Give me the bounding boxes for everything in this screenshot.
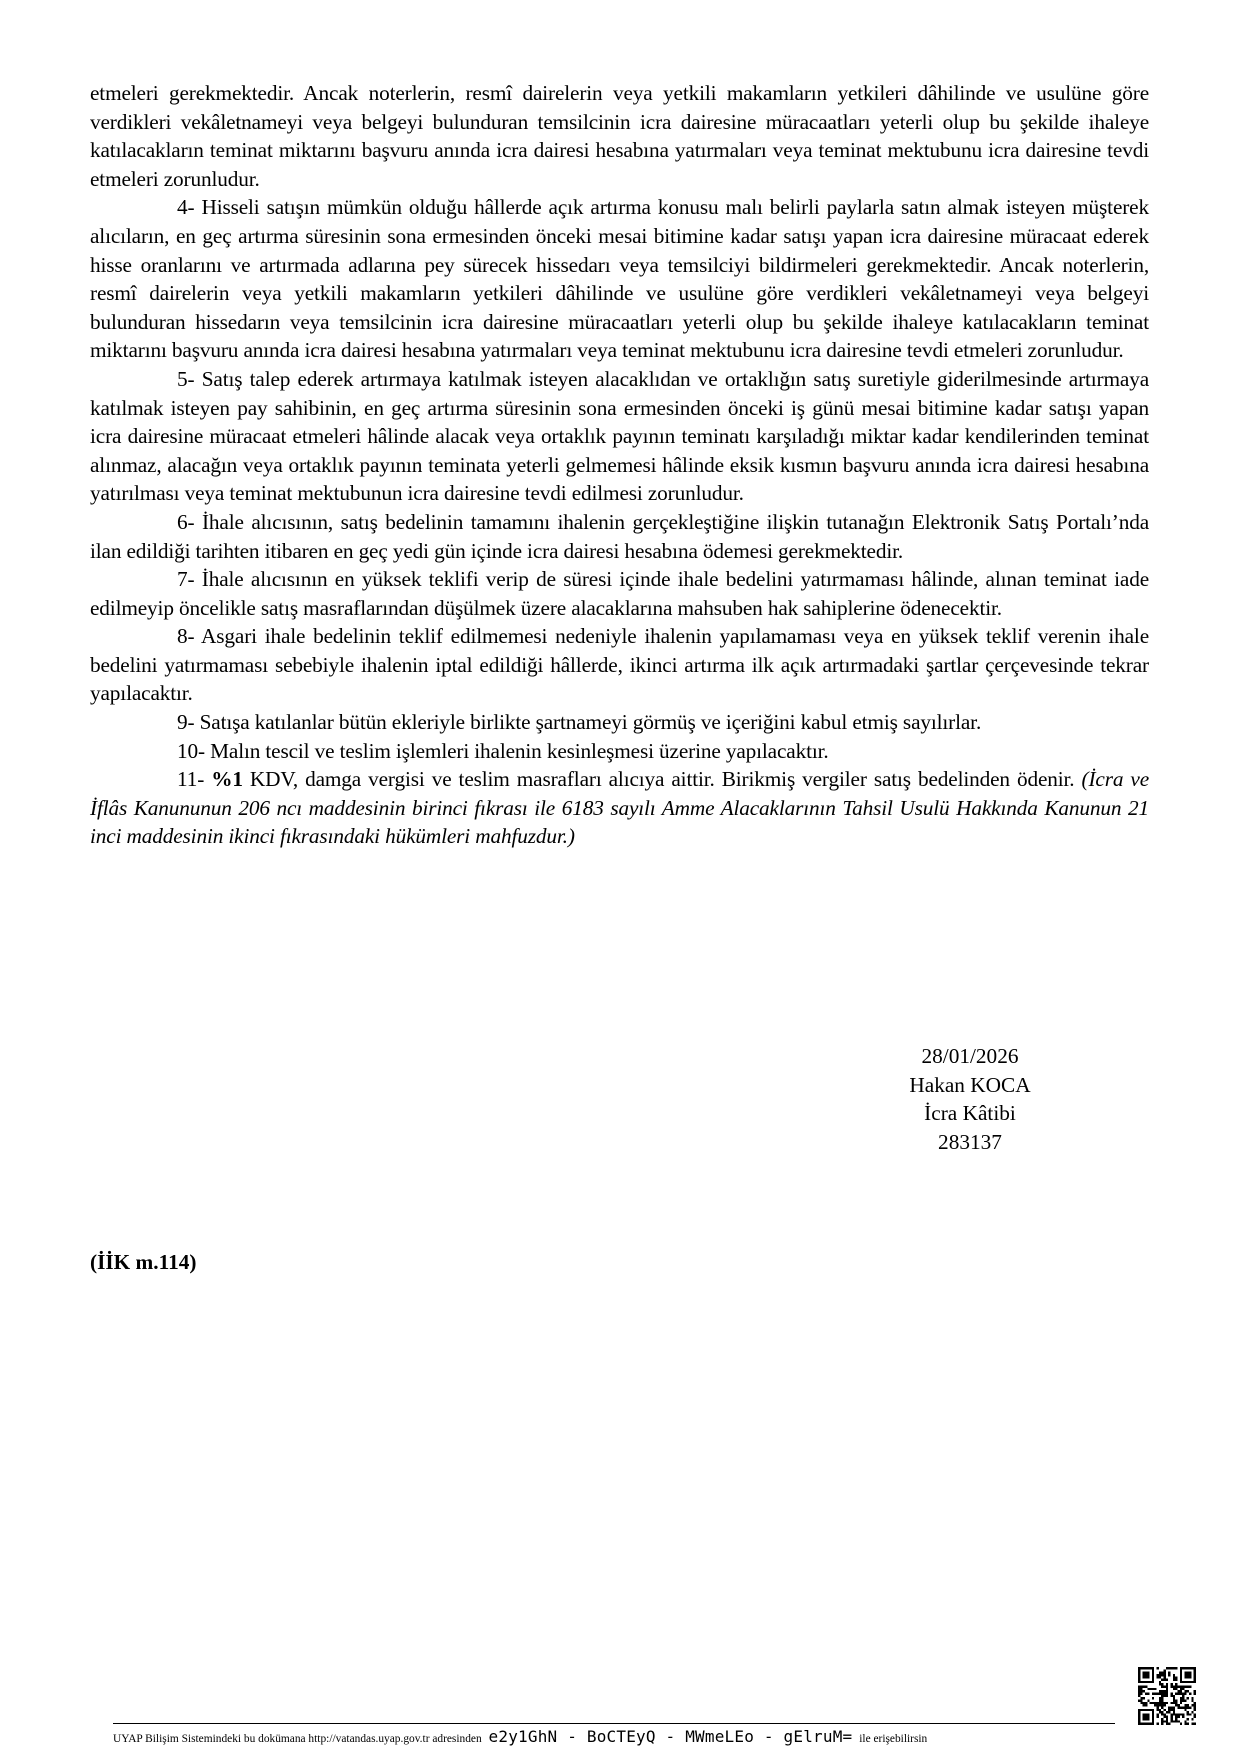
paragraph-p-9: 9- Satışa katılanlar bütün ekleriyle bir… [90, 708, 1149, 737]
signature-name: Hakan KOCA [870, 1071, 1070, 1100]
footer: UYAP Bilişim Sistemindeki bu dokümana ht… [113, 1727, 1143, 1749]
footer-divider [113, 1723, 1115, 1724]
paragraph-p-5: 5- Satış talep ederek artırmaya katılmak… [90, 365, 1149, 508]
document-body: etmeleri gerekmektedir. Ancak noterlerin… [90, 79, 1149, 851]
paragraph-p-8: 8- Asgari ihale bedelinin teklif edilmem… [90, 622, 1149, 708]
paragraph-p-4: 4- Hisseli satışın mümkün olduğu hâllerd… [90, 193, 1149, 365]
signature-title: İcra Kâtibi [870, 1099, 1070, 1128]
text-segment: 5- Satış talep ederek artırmaya katılmak… [90, 367, 1149, 505]
law-reference: (İİK m.114) [90, 1250, 196, 1275]
paragraph-p-10: 10- Malın tescil ve teslim işlemleri iha… [90, 737, 1149, 766]
paragraph-p-continuation: etmeleri gerekmektedir. Ancak noterlerin… [90, 79, 1149, 193]
signature-registry-number: 283137 [870, 1128, 1070, 1157]
signature-date: 28/01/2026 [870, 1042, 1070, 1071]
paragraph-p-6: 6- İhale alıcısının, satış bedelinin tam… [90, 508, 1149, 565]
footer-prefix: UYAP Bilişim Sistemindeki bu dokümana ht… [113, 1733, 482, 1745]
text-segment: 6- İhale alıcısının, satış bedelinin tam… [90, 510, 1149, 563]
paragraph-p-11: 11- %1 KDV, damga vergisi ve teslim masr… [90, 765, 1149, 851]
text-segment: etmeleri gerekmektedir. Ancak noterlerin… [90, 81, 1149, 191]
paragraph-p-7: 7- İhale alıcısının en yüksek teklifi ve… [90, 565, 1149, 622]
text-segment: 8- Asgari ihale bedelinin teklif edilmem… [90, 624, 1149, 705]
text-segment: KDV, damga vergisi ve teslim masrafları … [243, 767, 1082, 791]
signature-block: 28/01/2026 Hakan KOCA İcra Kâtibi 283137 [870, 1042, 1070, 1156]
verification-code: e2y1GhN - BoCTEyQ - MWmeLEo - gElruM= [489, 1727, 853, 1746]
qr-code-icon [1138, 1667, 1196, 1725]
text-segment: 11- [177, 767, 211, 791]
footer-suffix: ile erişebilirsin [859, 1733, 927, 1745]
text-segment: 7- İhale alıcısının en yüksek teklifi ve… [90, 567, 1149, 620]
text-segment: 9- Satışa katılanlar bütün ekleriyle bir… [177, 710, 981, 734]
text-segment: 4- Hisseli satışın mümkün olduğu hâllerd… [90, 195, 1149, 362]
text-segment: %1 [211, 767, 243, 791]
text-segment: 10- Malın tescil ve teslim işlemleri iha… [177, 739, 829, 763]
